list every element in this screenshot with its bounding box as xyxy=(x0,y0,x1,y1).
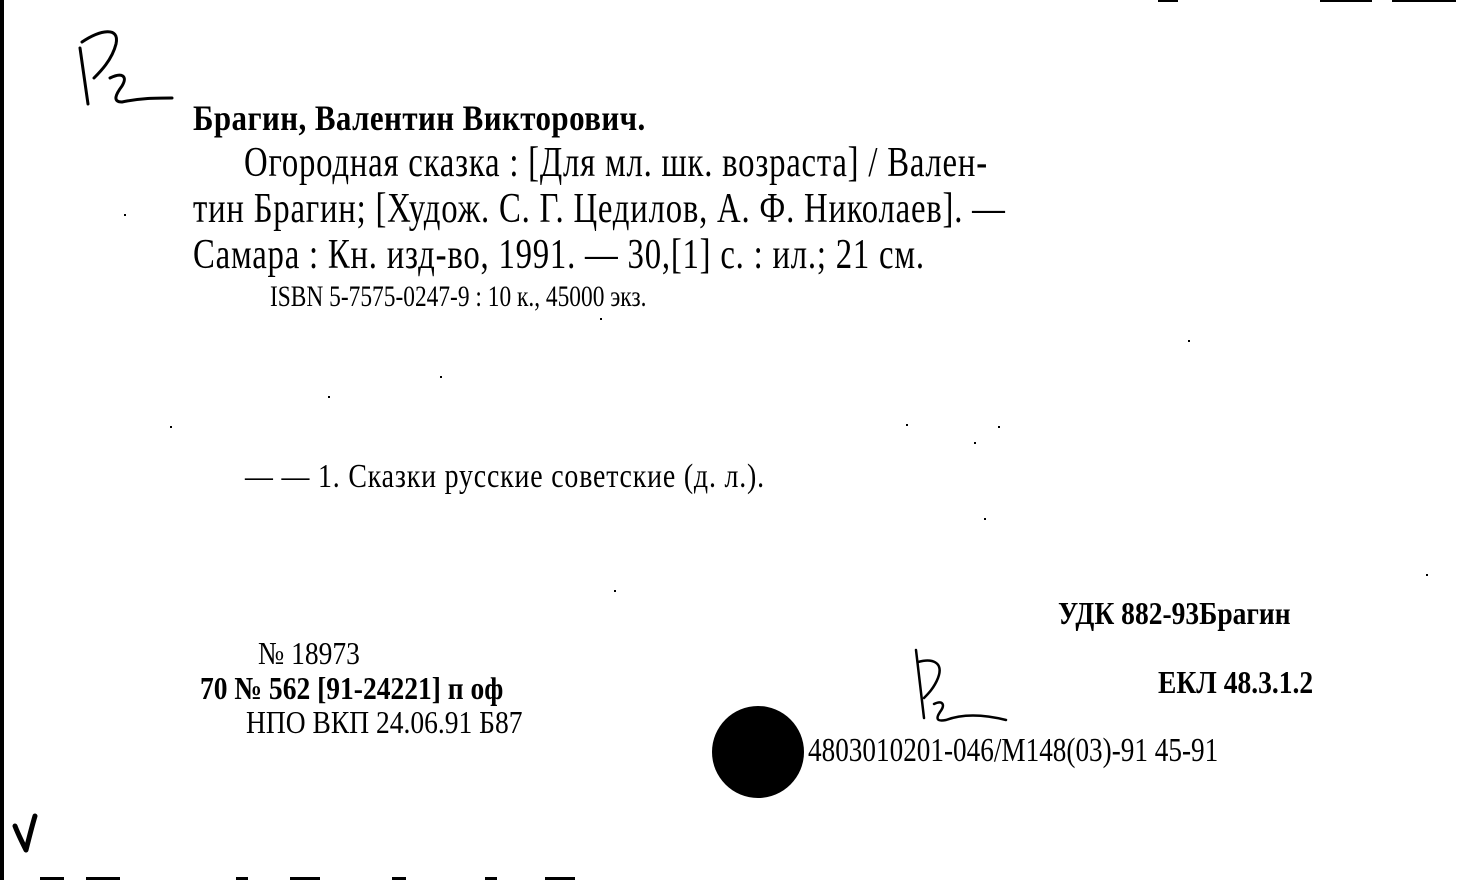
scan-speck xyxy=(170,426,172,428)
scan-speck xyxy=(998,426,1000,428)
subject-heading: — — 1. Сказки русские советские (д. л.). xyxy=(245,460,765,494)
catalog-card: Брагин, Валентин Викторович. Огородная с… xyxy=(0,0,1472,880)
handwritten-shelf-mark xyxy=(70,26,180,110)
description-line-1: Огородная сказка : [Для мл. шк. возраста… xyxy=(244,142,988,184)
punch-hole-dot xyxy=(712,706,804,798)
printer-line: НПО ВКП 24.06.91 Б87 xyxy=(246,706,522,738)
scan-speck xyxy=(974,442,976,444)
scan-artifact xyxy=(1320,0,1372,2)
author-heading: Брагин, Валентин Викторович. xyxy=(193,100,646,136)
isbn-line: ISBN 5-7575-0247-9 : 10 к., 45000 экз. xyxy=(270,282,646,312)
ekl-code: ЕКЛ 48.3.1.2 xyxy=(1158,666,1313,698)
scan-speck xyxy=(440,376,442,378)
check-mark-icon xyxy=(12,812,38,856)
scan-speck xyxy=(984,518,986,520)
scan-speck xyxy=(124,214,126,216)
scan-speck xyxy=(328,396,330,398)
description-line-3: Самара : Кн. изд-во, 1991. — 30,[1] с. :… xyxy=(193,234,925,276)
accession-number: № 18973 xyxy=(258,637,360,669)
scan-artifact xyxy=(1392,0,1456,2)
handwritten-shelf-mark-bottom xyxy=(912,648,1012,728)
scan-speck xyxy=(1426,574,1428,576)
card-edge xyxy=(0,0,4,880)
scan-speck xyxy=(614,590,616,592)
udk-code: УДК 882-93Брагин xyxy=(1058,597,1291,629)
description-line-2: тин Брагин; [Худож. С. Г. Цедилов, А. Ф.… xyxy=(193,188,1006,230)
scan-artifact xyxy=(1158,0,1178,2)
publisher-code: 4803010201-046/М148(03)-91 45-91 xyxy=(808,734,1218,768)
scan-speck xyxy=(1188,340,1190,342)
scan-speck xyxy=(600,318,602,320)
scan-speck xyxy=(906,424,908,426)
order-line: 70 № 562 [91-24221] п оф xyxy=(200,672,503,704)
